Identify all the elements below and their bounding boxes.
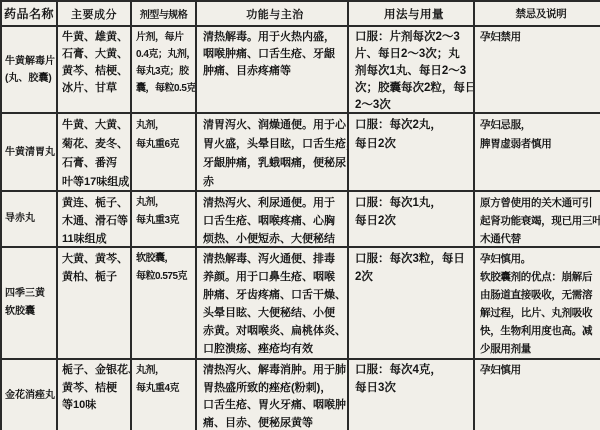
header-main-ingredients: 主要成分: [58, 2, 132, 27]
r5-notes: 孕妇慎用: [475, 360, 600, 430]
header-drug-name: 药品名称: [2, 2, 58, 27]
r2-usage: 口服：每次2丸， 每日2次: [349, 114, 475, 192]
header-usage-dosage: 用法与用量: [349, 2, 475, 27]
r3-function: 清热泻火、利尿通便。用于 口舌生疮、咽喉疼痛、心胸 烦热、小便短赤、大便秘结: [197, 192, 349, 248]
r5-form-spec: 丸剂， 每丸重4克: [132, 360, 197, 430]
r2-function: 清胃泻火、润燥通便。用于心 胃火盛，头晕目眩，口舌生疮， 牙龈肿痛，乳蛾咽痛，便…: [197, 114, 349, 192]
r4-form-spec: 软胶囊， 每粒0.575克: [132, 248, 197, 360]
r2-drug-name: 牛黄清胃丸: [2, 114, 58, 192]
r1-function: 清热解毒。用于火热内盛， 咽喉肿痛、口舌生疮、牙龈 肿痛、目赤疼痛等: [197, 27, 349, 114]
r3-drug-name: 导赤丸: [2, 192, 58, 248]
r4-notes: 孕妇慎用。 软胶囊剂的优点：崩解后 由肠道直接吸收，无需溶 解过程，比片、丸剂吸…: [475, 248, 600, 360]
r1-notes: 孕妇禁用: [475, 27, 600, 114]
r1-form-spec: 片剂，每片 0.4克；丸剂， 每丸3克；胶 囊，每粒0.5克: [132, 27, 197, 114]
scanned-document-page: 药品名称 主要成分 剂型与规格 功能与主治 用法与用量 禁忌及说明 牛黄解毒片 …: [0, 0, 600, 430]
header-form-spec: 剂型与规格: [132, 2, 197, 27]
r3-ingredients: 黄连、栀子、 木通、滑石等 11味组成: [58, 192, 132, 248]
r1-ingredients: 牛黄、雄黄、 石膏、大黄、 黄芩、桔梗、 冰片、甘草: [58, 27, 132, 114]
r1-usage: 口服：片剂每次2～3 片、每日2～3次；丸 剂每次1丸、每日2～3 次；胶囊每次…: [349, 27, 475, 114]
r5-drug-name: 金花消痤丸: [2, 360, 58, 430]
r3-notes: 原方曾使用的关木通可引 起肾功能衰竭，现已用三叶 木通代替: [475, 192, 600, 248]
header-contraindication-notes: 禁忌及说明: [475, 2, 600, 27]
r3-usage: 口服：每次1丸， 每日2次: [349, 192, 475, 248]
r2-form-spec: 丸剂， 每丸重6克: [132, 114, 197, 192]
r4-drug-name: 四季三黄 软胶囊: [2, 248, 58, 360]
r5-usage: 口服：每次4克， 每日3次: [349, 360, 475, 430]
header-function-indication: 功能与主治: [197, 2, 349, 27]
r4-ingredients: 大黄、黄芩、 黄柏、栀子: [58, 248, 132, 360]
r4-usage: 口服：每次3粒，每日 2次: [349, 248, 475, 360]
r2-notes: 孕妇忌服， 脾胃虚弱者慎用: [475, 114, 600, 192]
r2-ingredients: 牛黄、大黄、 菊花、麦冬、 石膏、番泻 叶等17味组成: [58, 114, 132, 192]
r4-function: 清热解毒、泻火通便、排毒 养颜。用于口鼻生疮、咽喉 肿痛、牙齿疼痛、口舌干燥、 …: [197, 248, 349, 360]
r3-form-spec: 丸剂， 每丸重3克: [132, 192, 197, 248]
r5-ingredients: 栀子、金银花、 黄芩、桔梗 等10味: [58, 360, 132, 430]
r1-drug-name: 牛黄解毒片 (丸、胶囊): [2, 27, 58, 114]
medication-table: 药品名称 主要成分 剂型与规格 功能与主治 用法与用量 禁忌及说明 牛黄解毒片 …: [0, 0, 600, 430]
r5-function: 清热泻火、解毒消肿。用于肺 胃热盛所致的痤疮(粉刺)， 口舌生疮、胃火牙痛、咽喉…: [197, 360, 349, 430]
